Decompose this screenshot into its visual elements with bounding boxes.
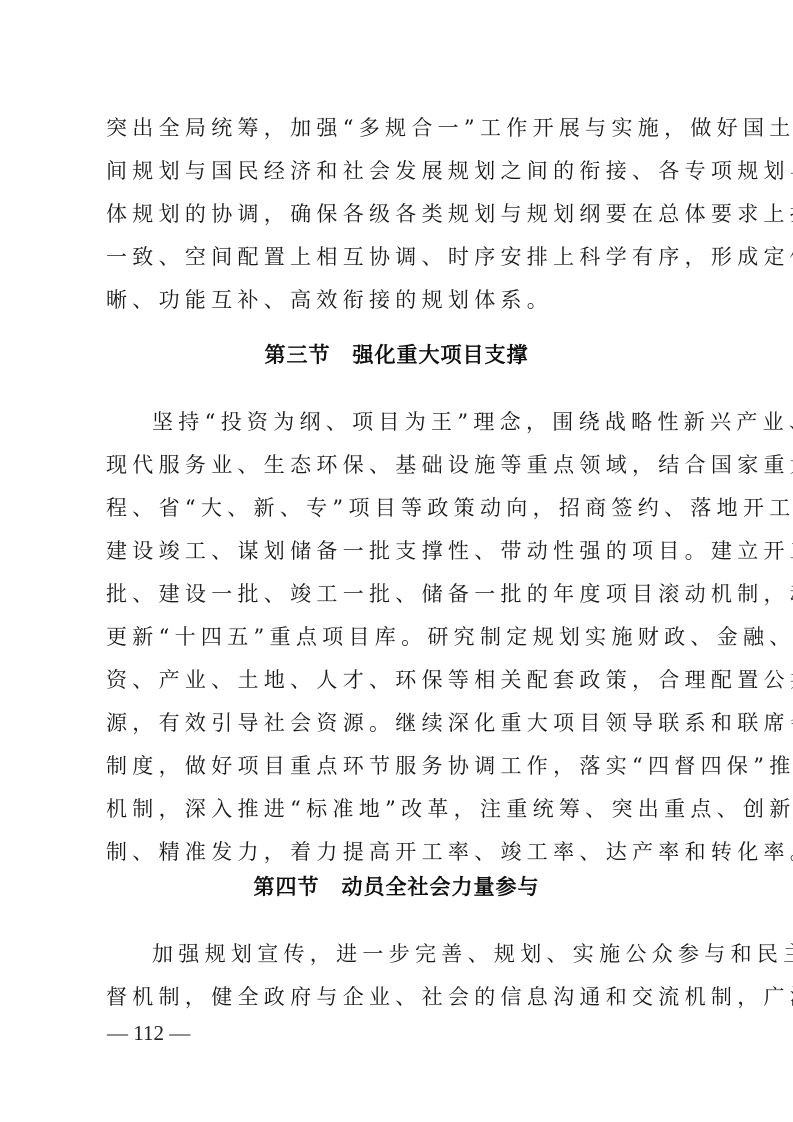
- section-3-heading: 第三节 强化重大项目支撑: [0, 340, 793, 370]
- section-3-line-2: 现代服务业、生态环保、基础设施等重点领域，结合国家重大工: [106, 450, 696, 480]
- page-number: — 112 —: [107, 1018, 190, 1048]
- paragraph-1-line-5: 晰、功能互补、高效衔接的规划体系。: [106, 285, 696, 315]
- document-page: 突出全局统筹，加强“多规合一”工作开展与实施，做好国土空 间规划与国民经济和社会…: [0, 0, 793, 1122]
- section-3-line-9: 制度，做好项目重点环节服务协调工作，落实“四督四保”推进: [106, 751, 696, 781]
- section-3-line-4: 建设竣工、谋划储备一批支撑性、带动性强的项目。建立开工一: [106, 536, 696, 566]
- section-3-line-11: 制、精准发力，着力提高开工率、竣工率、达产率和转化率。: [106, 837, 696, 867]
- paragraph-1-line-2: 间规划与国民经济和社会发展规划之间的衔接、各专项规划与总: [106, 156, 696, 186]
- paragraph-1-line-3: 体规划的协调，确保各级各类规划与规划纲要在总体要求上指向: [106, 199, 696, 229]
- section-3-line-6: 更新“十四五”重点项目库。研究制定规划实施财政、金融、投: [106, 622, 696, 652]
- section-3-line-5: 批、建设一批、竣工一批、储备一批的年度项目滚动机制，动态: [106, 579, 696, 609]
- section-4-heading: 第四节 动员全社会力量参与: [0, 872, 793, 902]
- paragraph-1-line-1: 突出全局统筹，加强“多规合一”工作开展与实施，做好国土空: [106, 113, 696, 143]
- section-3-line-7: 资、产业、土地、人才、环保等相关配套政策，合理配置公共资: [106, 665, 696, 695]
- section-3-line-1: 坚持“投资为纲、项目为王”理念，围绕战略性新兴产业、: [152, 407, 742, 437]
- paragraph-1-line-4: 一致、空间配置上相互协调、时序安排上科学有序，形成定位清: [106, 242, 696, 272]
- section-4-line-1: 加强规划宣传，进一步完善、规划、实施公众参与和民主监: [152, 939, 742, 969]
- section-4-line-2: 督机制，健全政府与企业、社会的信息沟通和交流机制，广泛开: [106, 982, 696, 1012]
- section-3-line-8: 源，有效引导社会资源。继续深化重大项目领导联系和联席会议: [106, 708, 696, 738]
- section-3-line-3: 程、省“大、新、专”项目等政策动向，招商签约、落地开工、: [106, 493, 696, 523]
- section-3-line-10: 机制，深入推进“标准地”改革，注重统筹、突出重点、创新机: [106, 794, 696, 824]
